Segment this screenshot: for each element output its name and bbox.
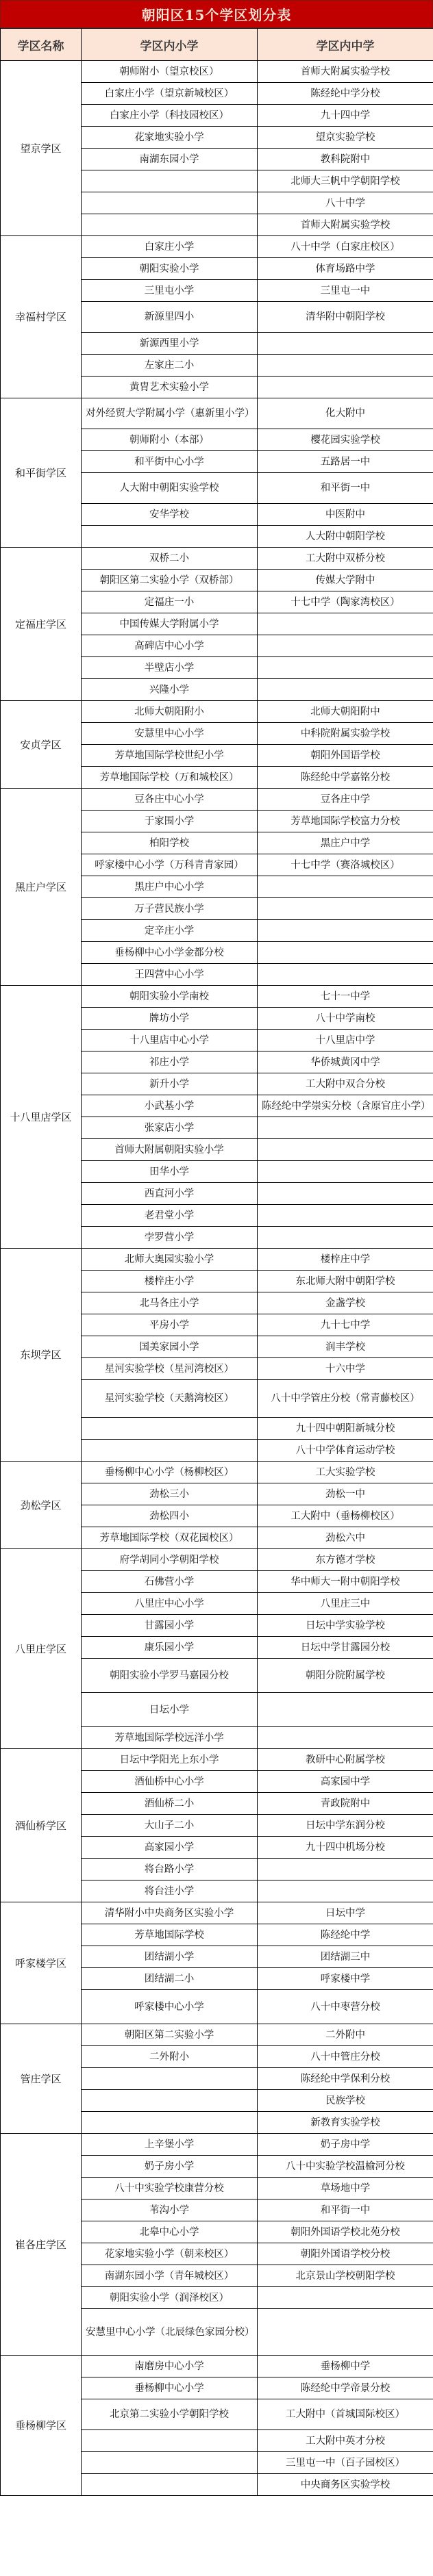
middle-school-cell: 九十四中机场分校 (258, 1837, 433, 1859)
school-district-table: 学区名称 学区内小学 学区内中学 望京学区朝师附小（望京校区）首师大附属实验学校… (0, 28, 433, 2496)
primary-school-cell: 劲松三小 (82, 1483, 258, 1505)
primary-school-cell: 新源里四小 (82, 302, 258, 333)
table-row: 崔各庄学区上辛堡小学奶子房中学 (1, 2134, 433, 2156)
primary-school-cell (82, 170, 258, 192)
primary-school-cell (82, 2430, 258, 2452)
middle-school-cell: 北师大朝阳附中 (258, 701, 433, 723)
primary-school-cell: 国美家园小学 (82, 1336, 258, 1358)
table-row: 望京学区朝师附小（望京校区）首师大附属实验学校 (1, 61, 433, 83)
district-name-cell: 黑庄户学区 (1, 789, 82, 986)
table-row: 呼家楼学区清华附小中央商务区实验小学日坛中学 (1, 1902, 433, 1924)
primary-school-cell: 十八里店中心小学 (82, 1030, 258, 1051)
middle-school-cell: 青政院附中 (258, 1793, 433, 1815)
primary-school-cell: 清华附小中央商务区实验小学 (82, 1902, 258, 1924)
primary-school-cell (82, 192, 258, 214)
middle-school-cell: 润丰学校 (258, 1336, 433, 1358)
middle-school-cell: 八十中学管庄分校（常青藤校区） (258, 1380, 433, 1418)
primary-school-cell: 白家庄小学（科技园校区） (82, 105, 258, 127)
middle-school-cell: 和平街一中 (258, 2199, 433, 2221)
primary-school-cell: 左家庄二小 (82, 355, 258, 377)
primary-school-cell (82, 526, 258, 548)
middle-school-cell (258, 1880, 433, 1902)
table-row: 安贞学区北师大朝阳附小北师大朝阳附中 (1, 701, 433, 723)
table-row: 酒仙桥学区日坛中学阳光上东小学教研中心附属学校 (1, 1749, 433, 1771)
middle-school-cell (258, 1183, 433, 1205)
middle-school-cell (258, 898, 433, 920)
middle-school-cell: 人大附中朝阳学校 (258, 526, 433, 548)
middle-school-cell (258, 1227, 433, 1249)
primary-school-cell: 中国传媒大学附属小学 (82, 613, 258, 635)
primary-school-cell: 苇沟小学 (82, 2199, 258, 2221)
primary-school-cell: 兴隆小学 (82, 679, 258, 701)
middle-school-cell: 十八里店中学 (258, 1030, 433, 1051)
primary-school-cell: 康乐园小学 (82, 1637, 258, 1659)
middle-school-cell (258, 377, 433, 398)
primary-school-cell: 平房小学 (82, 1314, 258, 1336)
middle-school-cell: 八十中学体育运动学校 (258, 1440, 433, 1462)
primary-school-cell: 北京第二实验小学朝阳学校 (82, 2399, 258, 2430)
middle-school-cell: 民族学校 (258, 2090, 433, 2112)
middle-school-cell: 十六中学 (258, 1358, 433, 1380)
middle-school-cell: 九十四中学 (258, 105, 433, 127)
middle-school-cell: 首师大附属实验学校 (258, 214, 433, 236)
primary-school-cell: 祁庄小学 (82, 1051, 258, 1073)
primary-school-cell: 黑庄户中心小学 (82, 876, 258, 898)
primary-school-cell: 柏阳学校 (82, 832, 258, 854)
middle-school-cell (258, 876, 433, 898)
primary-school-cell (82, 1418, 258, 1440)
middle-school-cell: 陈经纶中学帝景分校 (258, 2377, 433, 2399)
middle-school-cell (258, 920, 433, 942)
primary-school-cell: 石佛营小学 (82, 1571, 258, 1593)
middle-school-cell: 日坛中学东润分校 (258, 1815, 433, 1837)
district-name-cell: 幸福村学区 (1, 236, 82, 398)
primary-school-cell: 将台路小学 (82, 1859, 258, 1880)
primary-school-cell (82, 2452, 258, 2474)
middle-school-cell: 传媒大学附中 (258, 570, 433, 591)
district-name-cell: 酒仙桥学区 (1, 1749, 82, 1902)
primary-school-cell: 将台洼小学 (82, 1880, 258, 1902)
primary-school-cell: 小武基小学 (82, 1095, 258, 1117)
middle-school-cell: 八十中管庄分校 (258, 2046, 433, 2068)
middle-school-cell (258, 613, 433, 635)
middle-school-cell (258, 657, 433, 679)
primary-school-cell: 楼梓庄小学 (82, 1271, 258, 1292)
middle-school-cell (258, 2309, 433, 2356)
middle-school-cell: 首师大附属实验学校 (258, 61, 433, 83)
middle-school-cell (258, 1117, 433, 1139)
middle-school-cell: 九十四中朝阳新城分校 (258, 1418, 433, 1440)
primary-school-cell: 团结湖二小 (82, 1968, 258, 1990)
header-row: 学区名称 学区内小学 学区内中学 (1, 29, 433, 61)
primary-school-cell (82, 214, 258, 236)
table-row: 定福庄学区双桥二小工大附中双桥分校 (1, 548, 433, 570)
primary-school-cell: 北马各庄小学 (82, 1292, 258, 1314)
middle-school-cell: 工大附中（首城国际校区） (258, 2399, 433, 2430)
middle-school-cell: 劲松六中 (258, 1527, 433, 1549)
table-row: 黑庄户学区豆各庄中心小学豆各庄中学 (1, 789, 433, 811)
middle-school-cell: 三里屯一中（百子园校区） (258, 2452, 433, 2474)
primary-school-cell: 日坛中学阳光上东小学 (82, 1749, 258, 1771)
middle-school-cell (258, 333, 433, 355)
middle-school-cell: 新教育实验学校 (258, 2112, 433, 2134)
primary-school-cell: 垂杨柳中心小学金都分校 (82, 942, 258, 964)
middle-school-cell: 日坛中学 (258, 1902, 433, 1924)
middle-school-cell: 团结湖三中 (258, 1946, 433, 1968)
middle-school-cell: 奶子房中学 (258, 2134, 433, 2156)
middle-school-cell: 芳草地国际学校富力分校 (258, 811, 433, 832)
district-name-cell: 望京学区 (1, 61, 82, 236)
middle-school-cell: 华侨城黄冈中学 (258, 1051, 433, 1073)
district-name-cell: 十八里店学区 (1, 986, 82, 1249)
middle-school-cell: 陈经纶中学 (258, 1924, 433, 1946)
middle-school-cell: 黑庄户中学 (258, 832, 433, 854)
primary-school-cell: 星河实验学校（星河湾校区） (82, 1358, 258, 1380)
middle-school-cell: 呼家楼中学 (258, 1968, 433, 1990)
table-body: 望京学区朝师附小（望京校区）首师大附属实验学校白家庄小学（望京新城校区）陈经纶中… (1, 61, 433, 2496)
district-name-cell: 崔各庄学区 (1, 2134, 82, 2356)
primary-school-cell: 万子营民族小学 (82, 898, 258, 920)
primary-school-cell: 老君堂小学 (82, 1205, 258, 1227)
primary-school-cell: 朝师附小（望京校区） (82, 61, 258, 83)
primary-school-cell: 安慧里中心小学 (82, 723, 258, 745)
middle-school-cell (258, 679, 433, 701)
district-name-cell: 管庄学区 (1, 2024, 82, 2134)
primary-school-cell: 八里庄中心小学 (82, 1593, 258, 1615)
middle-school-cell: 二外附中 (258, 2024, 433, 2046)
primary-school-cell: 呼家楼中心小学（万科青青家园） (82, 854, 258, 876)
middle-school-cell: 陈经纶中学保利分校 (258, 2068, 433, 2090)
primary-school-cell: 呼家楼中心小学 (82, 1990, 258, 2024)
header-district-name: 学区名称 (1, 29, 82, 61)
middle-school-cell: 九十七中学 (258, 1314, 433, 1336)
primary-school-cell: 张家店小学 (82, 1117, 258, 1139)
middle-school-cell: 八十中学 (258, 192, 433, 214)
middle-school-cell: 楼梓庄中学 (258, 1249, 433, 1271)
middle-school-cell (258, 1727, 433, 1749)
primary-school-cell: 日坛小学 (82, 1693, 258, 1727)
middle-school-cell: 工大附中双合分校 (258, 1073, 433, 1095)
primary-school-cell: 北师大朝阳附小 (82, 701, 258, 723)
primary-school-cell: 朝阳实验小学南校 (82, 986, 258, 1008)
primary-school-cell: 白家庄小学 (82, 236, 258, 258)
primary-school-cell: 双桥二小 (82, 548, 258, 570)
header-middle-schools: 学区内中学 (258, 29, 433, 61)
middle-school-cell: 朝阳外国语学校分校 (258, 2243, 433, 2265)
middle-school-cell: 金盏学校 (258, 1292, 433, 1314)
primary-school-cell: 二外附小 (82, 2046, 258, 2068)
table-row: 十八里店学区朝阳实验小学南校七十一中学 (1, 986, 433, 1008)
primary-school-cell: 花家地实验小学（朝来校区） (82, 2243, 258, 2265)
middle-school-cell: 豆各庄中学 (258, 789, 433, 811)
middle-school-cell: 中医附中 (258, 504, 433, 526)
district-name-cell: 定福庄学区 (1, 548, 82, 701)
middle-school-cell (258, 635, 433, 657)
primary-school-cell: 豆各庄中心小学 (82, 789, 258, 811)
primary-school-cell: 牌坊小学 (82, 1008, 258, 1030)
primary-school-cell: 高家园小学 (82, 1837, 258, 1859)
primary-school-cell (82, 2112, 258, 2134)
primary-school-cell: 三里屯小学 (82, 280, 258, 302)
middle-school-cell: 化大附中 (258, 398, 433, 429)
middle-school-cell: 五路居一中 (258, 451, 433, 473)
middle-school-cell: 八十中学南校 (258, 1008, 433, 1030)
middle-school-cell: 华中师大一附中朝阳学校 (258, 1571, 433, 1593)
middle-school-cell: 樱花园实验学校 (258, 429, 433, 451)
primary-school-cell: 酒仙桥中心小学 (82, 1771, 258, 1793)
primary-school-cell: 大山子二小 (82, 1815, 258, 1837)
primary-school-cell: 安华学校 (82, 504, 258, 526)
table-row: 劲松学区垂杨柳中心小学（杨柳校区）工大实验学校 (1, 1462, 433, 1483)
district-name-cell: 安贞学区 (1, 701, 82, 789)
table-row: 八里庄学区府学胡同小学朝阳学校东方德才学校 (1, 1549, 433, 1571)
primary-school-cell: 南湖东园小学 (82, 149, 258, 170)
middle-school-cell: 日坛中学实验学校 (258, 1615, 433, 1637)
table-row: 管庄学区朝阳区第二实验小学二外附中 (1, 2024, 433, 2046)
primary-school-cell: 安慧里中心小学（北辰绿色家园分校） (82, 2309, 258, 2356)
middle-school-cell: 工大附中（垂杨柳校区） (258, 1505, 433, 1527)
primary-school-cell (82, 2474, 258, 2496)
primary-school-cell: 北师大奥园实验小学 (82, 1249, 258, 1271)
primary-school-cell: 首师大附属朝阳实验小学 (82, 1139, 258, 1161)
middle-school-cell (258, 2287, 433, 2309)
middle-school-cell: 北京景山学校朝阳学校 (258, 2265, 433, 2287)
middle-school-cell: 八十中学（白家庄校区） (258, 236, 433, 258)
district-name-cell: 劲松学区 (1, 1462, 82, 1549)
middle-school-cell (258, 1139, 433, 1161)
primary-school-cell: 芳草地国际学校 (82, 1924, 258, 1946)
middle-school-cell: 中科院附属实验学校 (258, 723, 433, 745)
primary-school-cell: 芳草地国际学校远洋小学 (82, 1727, 258, 1749)
middle-school-cell: 中央商务区实验学校 (258, 2474, 433, 2496)
middle-school-cell: 朝阳分院附属学校 (258, 1659, 433, 1693)
primary-school-cell: 上辛堡小学 (82, 2134, 258, 2156)
middle-school-cell: 北师大三帆中学朝阳学校 (258, 170, 433, 192)
primary-school-cell: 芳草地国际学校世纪小学 (82, 745, 258, 767)
primary-school-cell: 酒仙桥二小 (82, 1793, 258, 1815)
primary-school-cell: 花家地实验小学 (82, 127, 258, 149)
middle-school-cell (258, 942, 433, 964)
middle-school-cell: 东方德才学校 (258, 1549, 433, 1571)
middle-school-cell (258, 964, 433, 986)
primary-school-cell: 新升小学 (82, 1073, 258, 1095)
district-name-cell: 八里庄学区 (1, 1549, 82, 1749)
primary-school-cell: 田华小学 (82, 1161, 258, 1183)
primary-school-cell: 半壁店小学 (82, 657, 258, 679)
middle-school-cell: 望京实验学校 (258, 127, 433, 149)
primary-school-cell: 新源西里小学 (82, 333, 258, 355)
table-title: 朝阳区15个学区划分表 (0, 0, 433, 28)
table-row: 东坝学区北师大奥园实验小学楼梓庄中学 (1, 1249, 433, 1271)
middle-school-cell (258, 1205, 433, 1227)
middle-school-cell: 日坛中学甘露园分校 (258, 1637, 433, 1659)
primary-school-cell: 于家围小学 (82, 811, 258, 832)
primary-school-cell: 八十中实验学校康营分校 (82, 2178, 258, 2199)
middle-school-cell: 八里庄三中 (258, 1593, 433, 1615)
primary-school-cell: 朝阳实验小学 (82, 258, 258, 280)
middle-school-cell: 体育场路中学 (258, 258, 433, 280)
primary-school-cell: 朝阳区第二实验小学 (82, 2024, 258, 2046)
primary-school-cell: 西直河小学 (82, 1183, 258, 1205)
table-row: 垂杨柳学区南磨房中心小学垂杨柳中学 (1, 2356, 433, 2377)
primary-school-cell: 甘露园小学 (82, 1615, 258, 1637)
middle-school-cell: 东北师大附中朝阳学校 (258, 1271, 433, 1292)
primary-school-cell: 府学胡同小学朝阳学校 (82, 1549, 258, 1571)
middle-school-cell: 垂杨柳中学 (258, 2356, 433, 2377)
primary-school-cell: 北皋中心小学 (82, 2221, 258, 2243)
primary-school-cell: 黄胄艺术实验小学 (82, 377, 258, 398)
middle-school-cell: 教科院附中 (258, 149, 433, 170)
middle-school-cell (258, 1161, 433, 1183)
table-row: 和平街学区对外经贸大学附属小学（惠新里小学）化大附中 (1, 398, 433, 429)
middle-school-cell: 草场地中学 (258, 2178, 433, 2199)
middle-school-cell: 朝阳外国语学校北苑分校 (258, 2221, 433, 2243)
primary-school-cell: 团结湖小学 (82, 1946, 258, 1968)
middle-school-cell: 十七中学（赛洛城校区） (258, 854, 433, 876)
primary-school-cell: 定福庄一小 (82, 591, 258, 613)
primary-school-cell: 朝阳实验小学罗马嘉园分校 (82, 1659, 258, 1693)
middle-school-cell: 八十中枣营分校 (258, 1990, 433, 2024)
primary-school-cell: 王四营中心小学 (82, 964, 258, 986)
middle-school-cell: 三里屯一中 (258, 280, 433, 302)
middle-school-cell: 十七中学（陶家湾校区） (258, 591, 433, 613)
primary-school-cell: 人大附中朝阳实验学校 (82, 473, 258, 504)
table-row: 幸福村学区白家庄小学八十中学（白家庄校区） (1, 236, 433, 258)
middle-school-cell (258, 1859, 433, 1880)
primary-school-cell (82, 2090, 258, 2112)
primary-school-cell: 白家庄小学（望京新城校区） (82, 83, 258, 105)
middle-school-cell: 朝阳外国语学校 (258, 745, 433, 767)
primary-school-cell: 垂杨柳中心小学（杨柳校区） (82, 1462, 258, 1483)
primary-school-cell: 和平街中心小学 (82, 451, 258, 473)
primary-school-cell (82, 2068, 258, 2090)
primary-school-cell: 孛罗营小学 (82, 1227, 258, 1249)
middle-school-cell (258, 355, 433, 377)
district-name-cell: 垂杨柳学区 (1, 2356, 82, 2496)
middle-school-cell: 陈经纶中学分校 (258, 83, 433, 105)
primary-school-cell: 星河实验学校（天鹅湾校区） (82, 1380, 258, 1418)
header-primary-schools: 学区内小学 (82, 29, 258, 61)
primary-school-cell: 高碑店中心小学 (82, 635, 258, 657)
middle-school-cell: 工大实验学校 (258, 1462, 433, 1483)
primary-school-cell: 南湖东园小学（青年城校区） (82, 2265, 258, 2287)
middle-school-cell: 和平街一中 (258, 473, 433, 504)
middle-school-cell: 清华附中朝阳学校 (258, 302, 433, 333)
primary-school-cell: 芳草地国际学校（双花园校区） (82, 1527, 258, 1549)
primary-school-cell: 奶子房小学 (82, 2156, 258, 2178)
middle-school-cell: 七十一中学 (258, 986, 433, 1008)
middle-school-cell: 陈经纶中学崇实分校（含原官庄小学） (258, 1095, 433, 1117)
middle-school-cell: 高家园中学 (258, 1771, 433, 1793)
primary-school-cell: 朝阳区第二实验小学（双桥部） (82, 570, 258, 591)
middle-school-cell: 陈经纶中学嘉铭分校 (258, 767, 433, 789)
primary-school-cell: 朝阳实验小学（润泽校区） (82, 2287, 258, 2309)
middle-school-cell: 工大附中英才分校 (258, 2430, 433, 2452)
middle-school-cell: 八十中实验学校温榆河分校 (258, 2156, 433, 2178)
middle-school-cell: 劲松一中 (258, 1483, 433, 1505)
district-name-cell: 东坝学区 (1, 1249, 82, 1462)
primary-school-cell (82, 1440, 258, 1462)
primary-school-cell: 朝师附小（本部） (82, 429, 258, 451)
primary-school-cell: 劲松四小 (82, 1505, 258, 1527)
primary-school-cell: 定辛庄小学 (82, 920, 258, 942)
district-name-cell: 呼家楼学区 (1, 1902, 82, 2024)
primary-school-cell: 对外经贸大学附属小学（惠新里小学） (82, 398, 258, 429)
primary-school-cell: 南磨房中心小学 (82, 2356, 258, 2377)
district-name-cell: 和平街学区 (1, 398, 82, 548)
primary-school-cell: 芳草地国际学校（万和城校区） (82, 767, 258, 789)
middle-school-cell: 教研中心附属学校 (258, 1749, 433, 1771)
middle-school-cell: 工大附中双桥分校 (258, 548, 433, 570)
primary-school-cell: 垂杨柳中心小学 (82, 2377, 258, 2399)
middle-school-cell (258, 1693, 433, 1727)
